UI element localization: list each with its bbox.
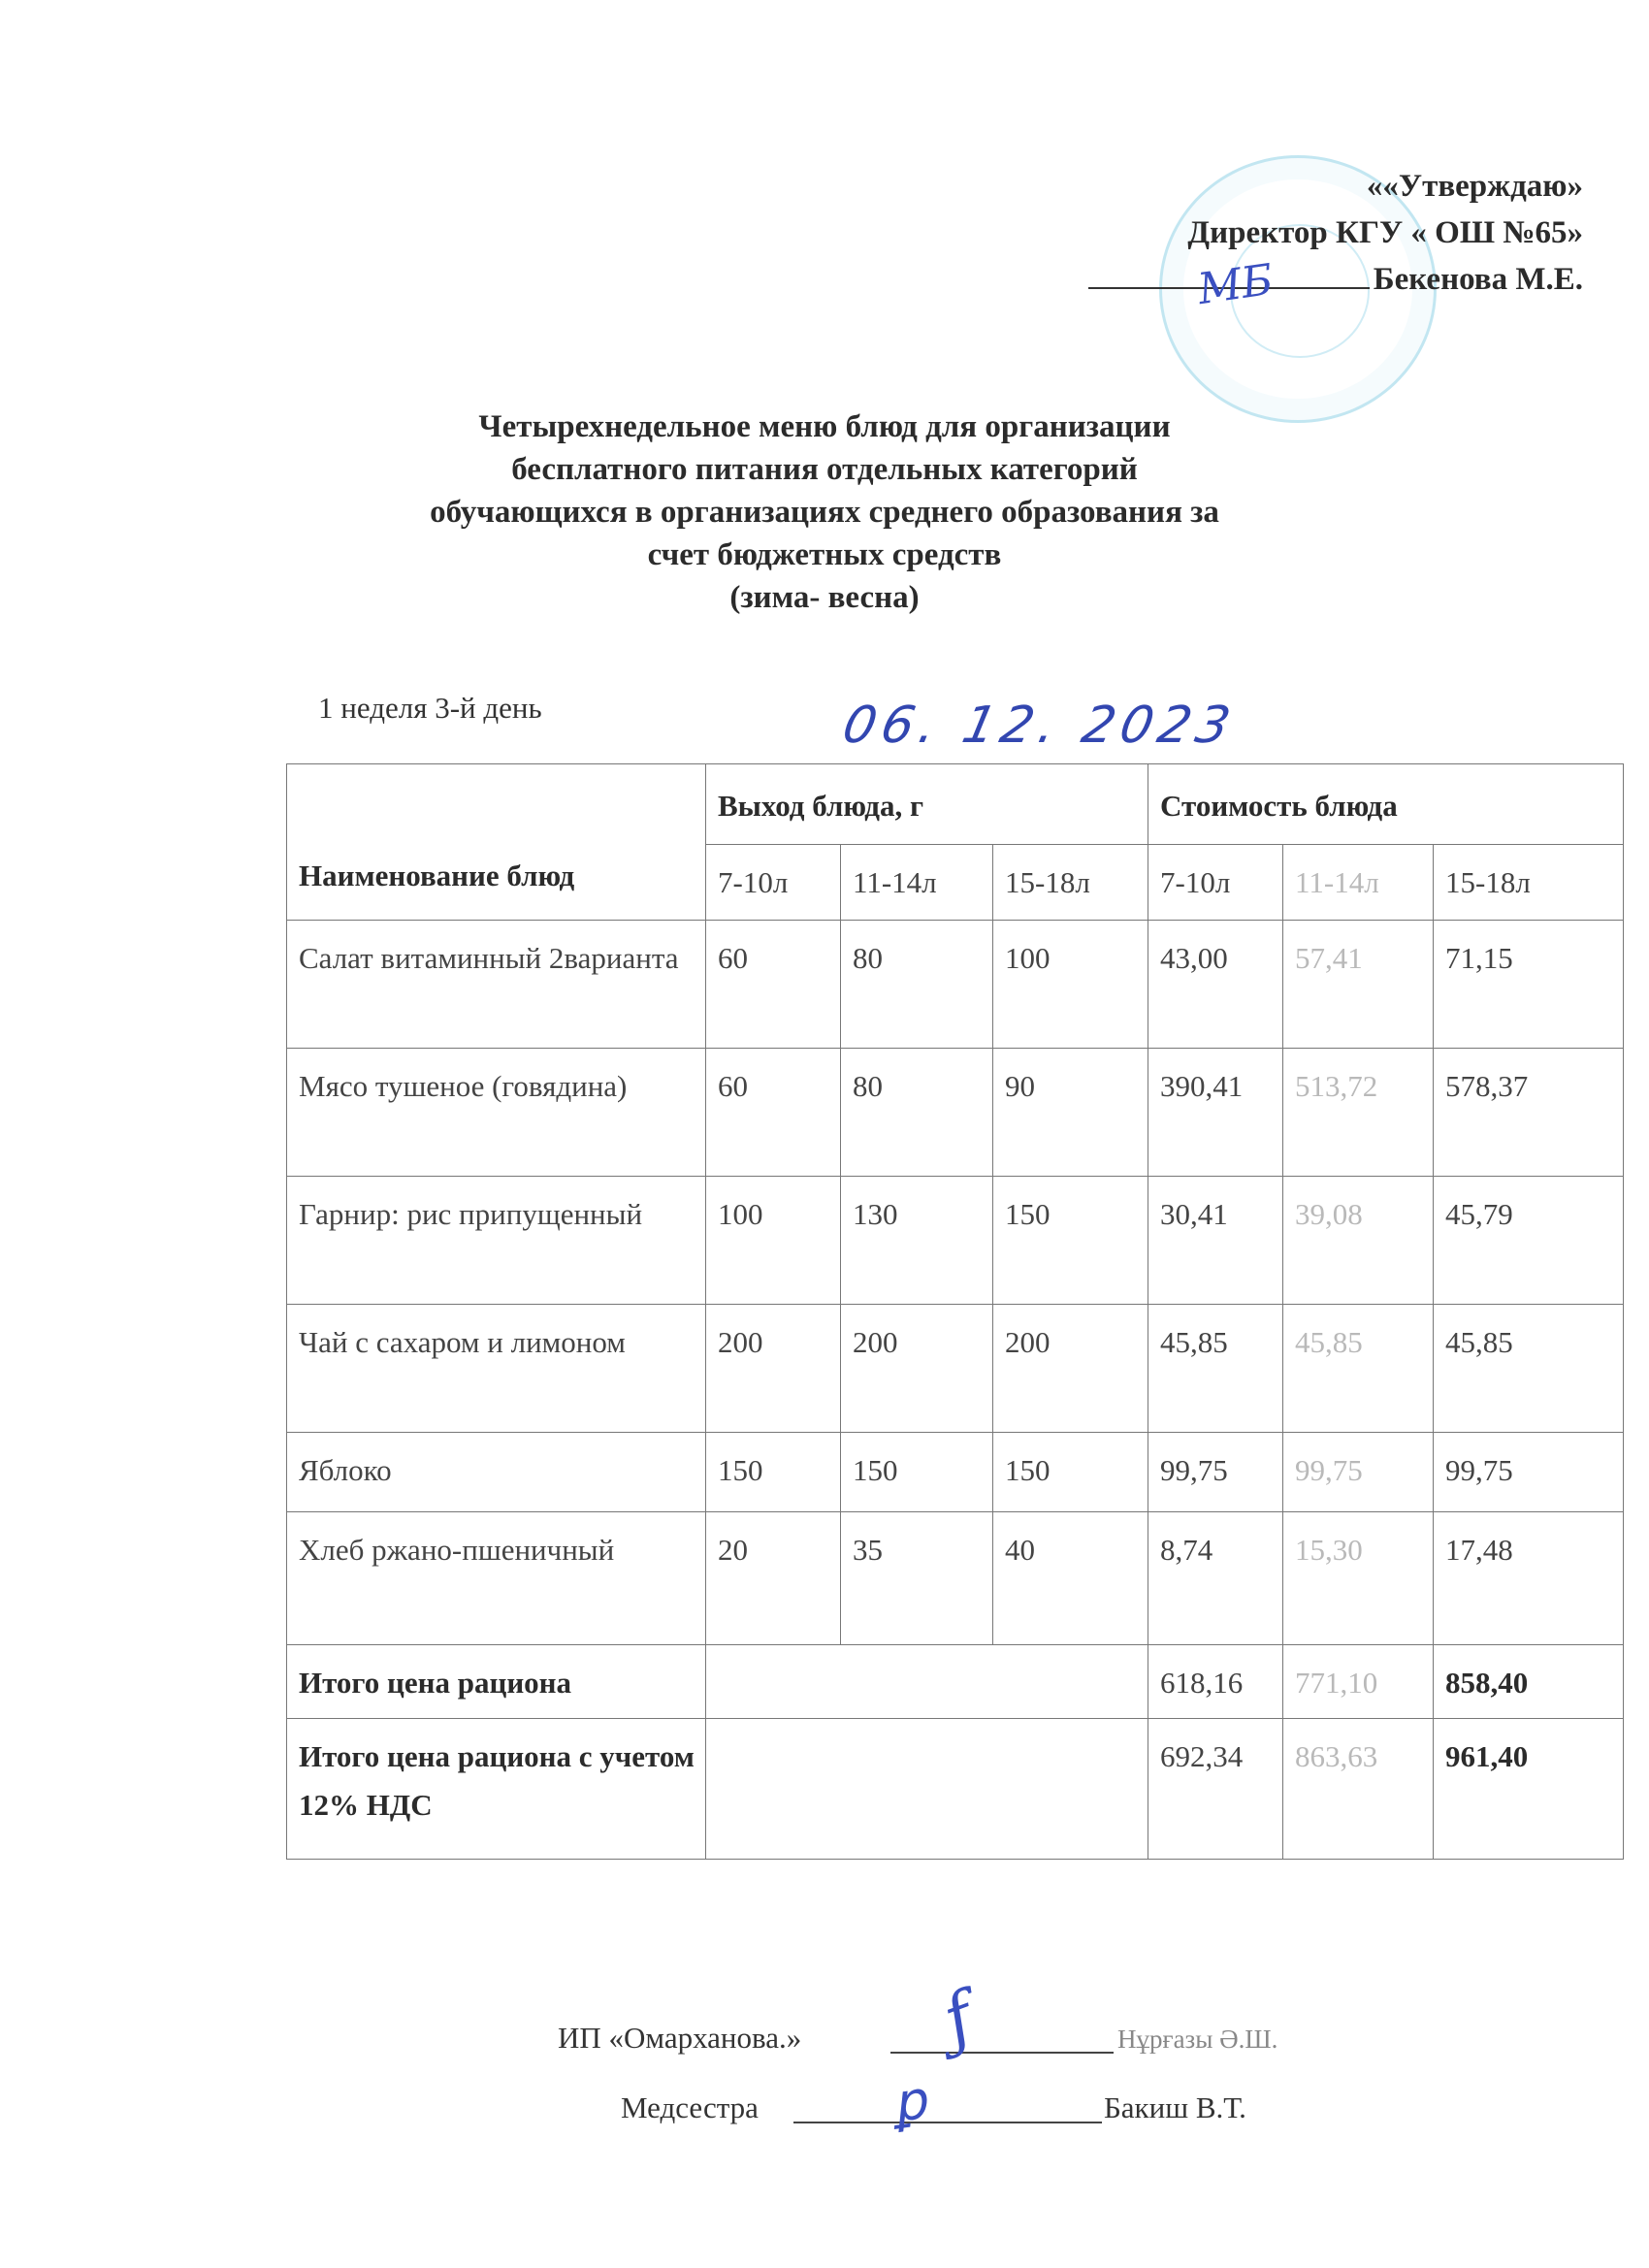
document-title: Четырехнедельное меню блюд для организац… [0,405,1649,619]
yield-value: 90 [993,1049,1148,1177]
header-yield-age-2: 11-14л [841,845,993,921]
title-line-4: счет бюджетных средств [0,534,1649,576]
cost-value: 45,79 [1434,1177,1624,1305]
table-row: Хлеб ржано-пшеничный 20 35 40 8,74 15,30… [287,1512,1624,1645]
total-vat-cost: 692,34 [1148,1719,1283,1860]
yield-value: 80 [841,921,993,1049]
dish-name: Гарнир: рис припущенный [287,1177,706,1305]
dish-name: Яблоко [287,1433,706,1512]
cost-value: 17,48 [1434,1512,1624,1645]
table-row: Мясо тушеное (говядина) 60 80 90 390,41 … [287,1049,1624,1177]
title-line-2: бесплатного питания отдельных категорий [0,448,1649,491]
total-row: Итого цена рациона 618,16 771,10 858,40 [287,1645,1624,1719]
total-label: Итого цена рациона [287,1645,706,1719]
director-name: Бекенова М.Е. [1374,262,1583,297]
yield-value: 130 [841,1177,993,1305]
header-yield-age-1: 7-10л [706,845,841,921]
approval-signature-line: Бекенова М.Е. [1088,256,1583,303]
table-row: Гарнир: рис припущенный 100 130 150 30,4… [287,1177,1624,1305]
header-yield: Выход блюда, г [706,764,1148,845]
header-dish-name: Наименование блюд [287,764,706,921]
menu-table: Наименование блюд Выход блюда, г Стоимос… [286,763,1624,1860]
yield-value: 100 [993,921,1148,1049]
header-cost: Стоимость блюда [1148,764,1624,845]
dish-name: Мясо тушеное (говядина) [287,1049,706,1177]
total-vat-label: Итого цена рациона с учетом 12% НДС [287,1719,706,1860]
yield-value: 40 [993,1512,1148,1645]
signature-line [890,2030,1114,2054]
cost-value: 30,41 [1148,1177,1283,1305]
cost-value: 578,37 [1434,1049,1624,1177]
nurse-label: Медсестра [621,2090,759,2125]
cost-value: 71,15 [1434,921,1624,1049]
yield-value: 20 [706,1512,841,1645]
total-cost: 771,10 [1283,1645,1434,1719]
yield-value: 150 [993,1177,1148,1305]
cost-value: 57,41 [1283,921,1434,1049]
yield-value: 80 [841,1049,993,1177]
table-row: Яблоко 150 150 150 99,75 99,75 99,75 [287,1433,1624,1512]
yield-value: 150 [841,1433,993,1512]
title-line-3: обучающихся в организациях среднего обра… [0,491,1649,534]
week-day-label: 1 неделя 3-й день [318,691,542,726]
nurse-name: Бакиш В.Т. [1104,2090,1246,2125]
empty-cell [706,1719,1148,1860]
yield-value: 200 [841,1305,993,1433]
signature-line [793,2100,1102,2123]
table-row: Чай с сахаром и лимоном 200 200 200 45,8… [287,1305,1624,1433]
approval-heading: ««Утверждаю» [1088,163,1583,210]
cost-value: 8,74 [1148,1512,1283,1645]
cost-value: 39,08 [1283,1177,1434,1305]
table-row: Салат витаминный 2варианта 60 80 100 43,… [287,921,1624,1049]
total-vat-cost: 863,63 [1283,1719,1434,1860]
cost-value: 513,72 [1283,1049,1434,1177]
supplier-name: Нұрғазы Ә.Ш. [1117,2025,1277,2055]
total-vat-row: Итого цена рациона с учетом 12% НДС 692,… [287,1719,1624,1860]
yield-value: 150 [993,1433,1148,1512]
yield-value: 150 [706,1433,841,1512]
approval-block: ««Утверждаю» Директор КГУ « ОШ №65» Беке… [1088,163,1583,303]
cost-value: 15,30 [1283,1512,1434,1645]
total-vat-cost: 961,40 [1434,1719,1624,1860]
total-cost: 618,16 [1148,1645,1283,1719]
yield-value: 200 [706,1305,841,1433]
dish-name: Салат витаминный 2варианта [287,921,706,1049]
title-line-5: (зима- весна) [0,576,1649,619]
yield-value: 60 [706,1049,841,1177]
header-yield-age-3: 15-18л [993,845,1148,921]
cost-value: 99,75 [1283,1433,1434,1512]
yield-value: 100 [706,1177,841,1305]
cost-value: 390,41 [1148,1049,1283,1177]
yield-value: 35 [841,1512,993,1645]
table-header-row: Наименование блюд Выход блюда, г Стоимос… [287,764,1624,845]
supplier-label: ИП «Омарханова.» [558,2021,801,2056]
yield-value: 200 [993,1305,1148,1433]
cost-value: 45,85 [1434,1305,1624,1433]
approval-position: Директор КГУ « ОШ №65» [1088,210,1583,256]
cost-value: 99,75 [1148,1433,1283,1512]
header-cost-age-2: 11-14л [1283,845,1434,921]
cost-value: 43,00 [1148,921,1283,1049]
director-signature: МБ [1195,255,1277,314]
header-cost-age-3: 15-18л [1434,845,1624,921]
dish-name: Чай с сахаром и лимоном [287,1305,706,1433]
nurse-signature: ꝑ [889,2069,930,2134]
title-line-1: Четырехнедельное меню блюд для организац… [0,405,1649,448]
cost-value: 99,75 [1434,1433,1624,1512]
cost-value: 45,85 [1283,1305,1434,1433]
empty-cell [706,1645,1148,1719]
header-cost-age-1: 7-10л [1148,845,1283,921]
handwritten-date: 06. 12. 2023 [838,697,1242,755]
cost-value: 45,85 [1148,1305,1283,1433]
total-cost: 858,40 [1434,1645,1624,1719]
yield-value: 60 [706,921,841,1049]
dish-name: Хлеб ржано-пшеничный [287,1512,706,1645]
